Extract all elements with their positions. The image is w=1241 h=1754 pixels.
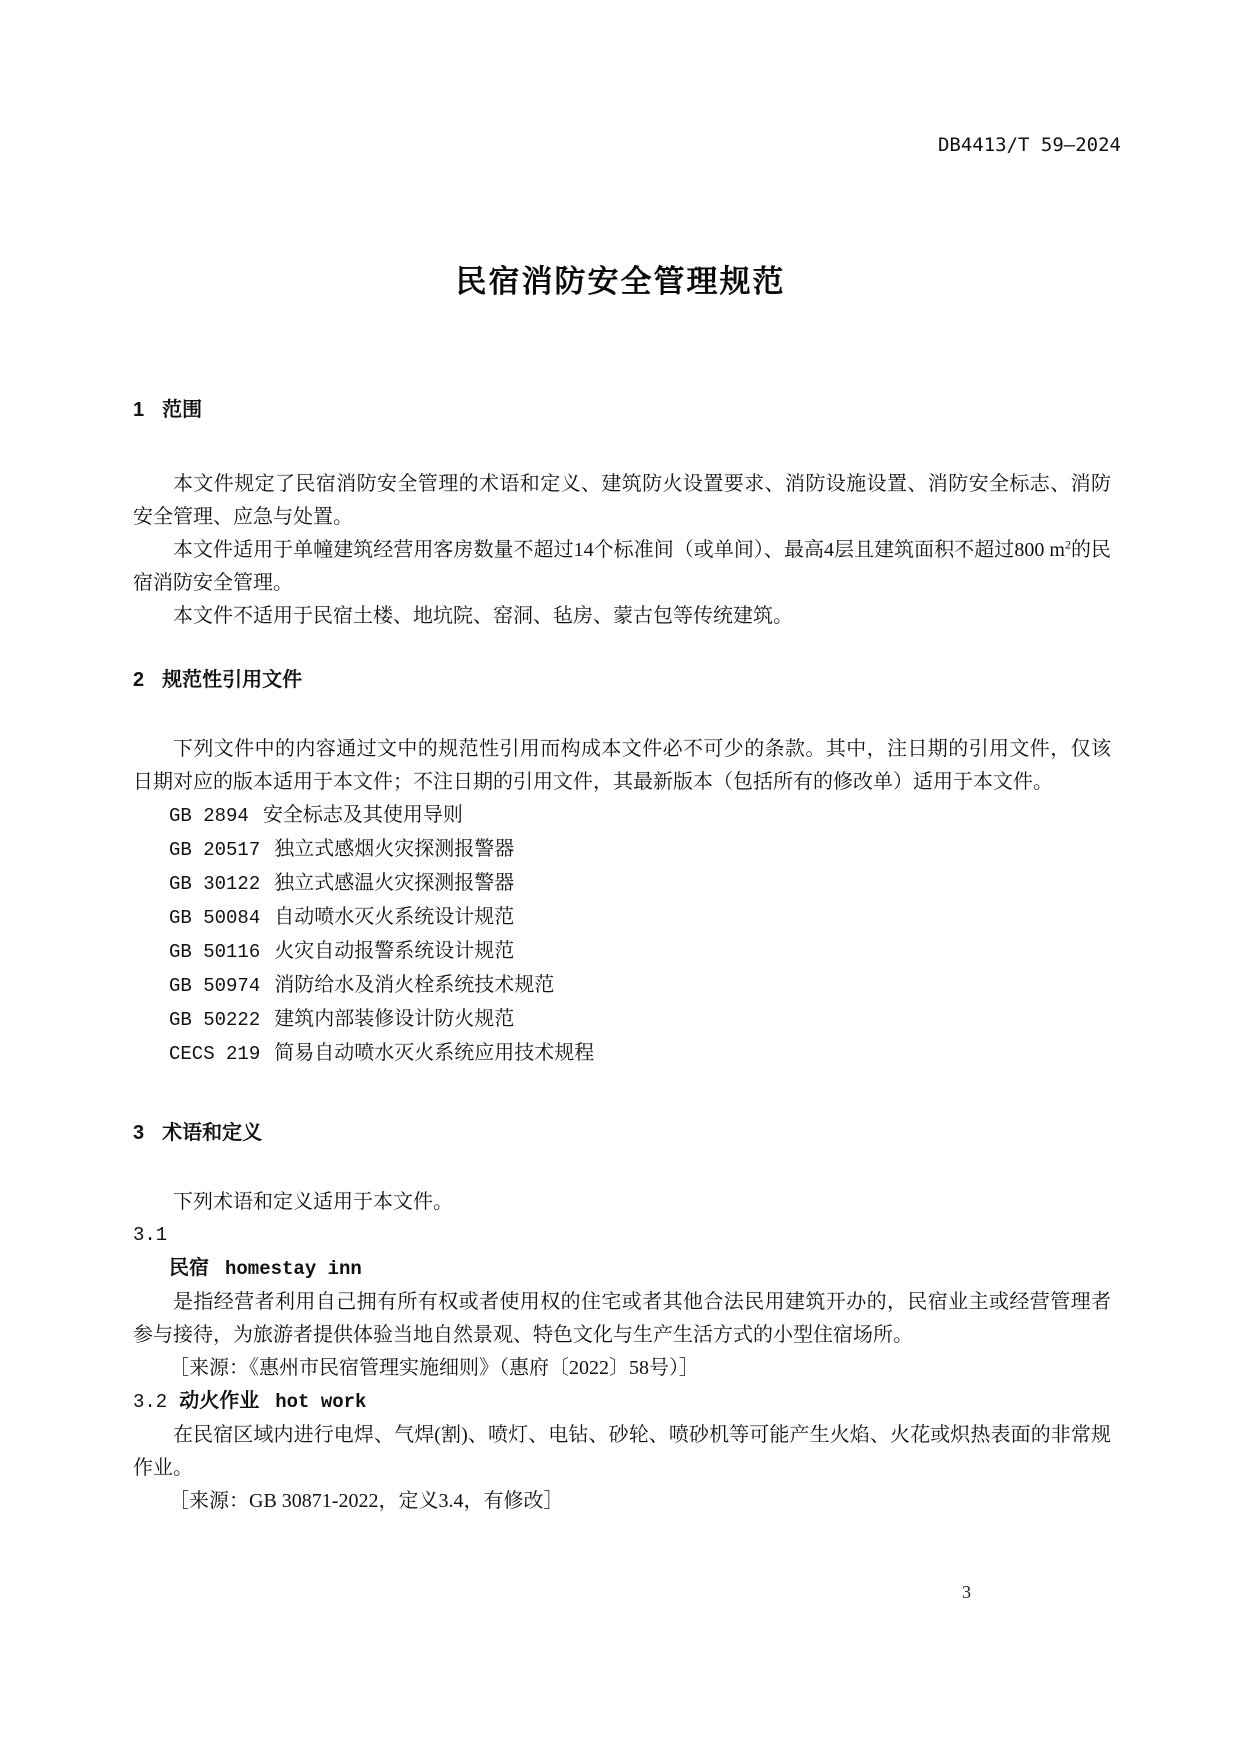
term-3-1-chinese: 民宿 [169,1257,209,1279]
reference-code: GB 30122 [169,873,260,895]
page-number: 3 [962,1582,971,1603]
reference-code: GB 2894 [169,805,249,827]
reference-code: GB 50974 [169,975,260,997]
reference-title: 自动喷水灭火系统设计规范 [274,906,514,928]
reference-item: GB 50222建筑内部装修设计防火规范 [133,1003,1111,1037]
document-page: DB4413/T 59—2024 民宿消防安全管理规范 1范围 本文件规定了民宿… [0,0,1241,1754]
references-intro: 下列文件中的内容通过文中的规范性引用而构成本文件必不可少的条款。其中，注日期的引… [133,733,1111,799]
reference-title: 建筑内部装修设计防火规范 [274,1008,514,1030]
reference-item: GB 50974消防给水及消火栓系统技术规范 [133,969,1111,1003]
reference-title: 火灾自动报警系统设计规范 [274,940,514,962]
normative-references-list: GB 2894安全标志及其使用导则 GB 20517独立式感烟火灾探测报警器 G… [133,799,1111,1071]
section-3-heading: 3术语和定义 [133,1121,1111,1145]
section-1-title: 范围 [162,399,202,421]
document-title: 民宿消防安全管理规范 [0,256,1241,301]
reference-item: GB 20517独立式感烟火灾探测报警器 [133,833,1111,867]
section-2-body: 下列文件中的内容通过文中的规范性引用而构成本文件必不可少的条款。其中，注日期的引… [133,733,1111,1071]
reference-item: GB 30122独立式感温火灾探测报警器 [133,867,1111,901]
term-3-1-source: ［来源：《惠州市民宿管理实施细则》（惠府〔2022〕58号）］ [133,1352,1111,1385]
scope-paragraph-2: 本文件适用于单幢建筑经营用客房数量不超过14个标准间（或单间）、最高4层且建筑面… [133,534,1111,600]
reference-title: 安全标志及其使用导则 [263,804,463,826]
standard-code-header: DB4413/T 59—2024 [938,134,1121,156]
term-3-2-english: hot work [275,1391,366,1413]
terms-intro: 下列术语和定义适用于本文件。 [133,1186,1111,1219]
section-2-title: 规范性引用文件 [162,669,302,691]
reference-code: CECS 219 [169,1043,260,1065]
term-3-2-definition: 在民宿区域内进行电焊、气焊(割)、喷灯、电钻、砂轮、喷砂机等可能产生火焰、火花或… [133,1419,1111,1485]
term-3-1-english: homestay inn [225,1258,362,1280]
scope-paragraph-3: 本文件不适用于民宿土楼、地坑院、窑洞、毡房、蒙古包等传统建筑。 [133,600,1111,633]
term-3-1-id: 3.1 [133,1219,1111,1252]
term-3-2-name: 3.2动火作业hot work [133,1385,1111,1419]
section-3-body: 下列术语和定义适用于本文件。 3.1 民宿homestay inn 是指经营者利… [133,1186,1111,1518]
reference-item: CECS 219简易自动喷水灭火系统应用技术规程 [133,1037,1111,1071]
reference-code: GB 20517 [169,839,260,861]
term-3-2-source: ［来源：GB 30871-2022，定义3.4，有修改］ [133,1485,1111,1518]
section-1-heading: 1范围 [133,398,1111,422]
term-3-1-definition: 是指经营者利用自己拥有所有权或者使用权的住宅或者其他合法民用建筑开办的，民宿业主… [133,1286,1111,1352]
term-3-2-chinese: 动火作业 [179,1390,259,1412]
section-2-heading: 2规范性引用文件 [133,668,1111,692]
section-2-number: 2 [133,669,144,691]
reference-item: GB 50116火灾自动报警系统设计规范 [133,935,1111,969]
section-3-title: 术语和定义 [162,1122,262,1144]
reference-code: GB 50116 [169,941,260,963]
reference-code: GB 50084 [169,907,260,929]
term-3-1-name: 民宿homestay inn [133,1252,1111,1286]
reference-code: GB 50222 [169,1009,260,1031]
reference-title: 简易自动喷水灭火系统应用技术规程 [274,1042,594,1064]
term-3-2-id: 3.2 [133,1391,167,1413]
reference-item: GB 50084自动喷水灭火系统设计规范 [133,901,1111,935]
scope-paragraph-2-text: 本文件适用于单幢建筑经营用客房数量不超过14个标准间（或单间）、最高4层且建筑面… [173,539,1065,561]
reference-title: 消防给水及消火栓系统技术规范 [274,974,554,996]
reference-title: 独立式感温火灾探测报警器 [274,872,514,894]
scope-paragraph-1: 本文件规定了民宿消防安全管理的术语和定义、建筑防火设置要求、消防设施设置、消防安… [133,468,1111,534]
reference-item: GB 2894安全标志及其使用导则 [133,799,1111,833]
section-1-body: 本文件规定了民宿消防安全管理的术语和定义、建筑防火设置要求、消防设施设置、消防安… [133,468,1111,633]
section-3-number: 3 [133,1122,144,1144]
reference-title: 独立式感烟火灾探测报警器 [274,838,514,860]
section-1-number: 1 [133,399,144,421]
